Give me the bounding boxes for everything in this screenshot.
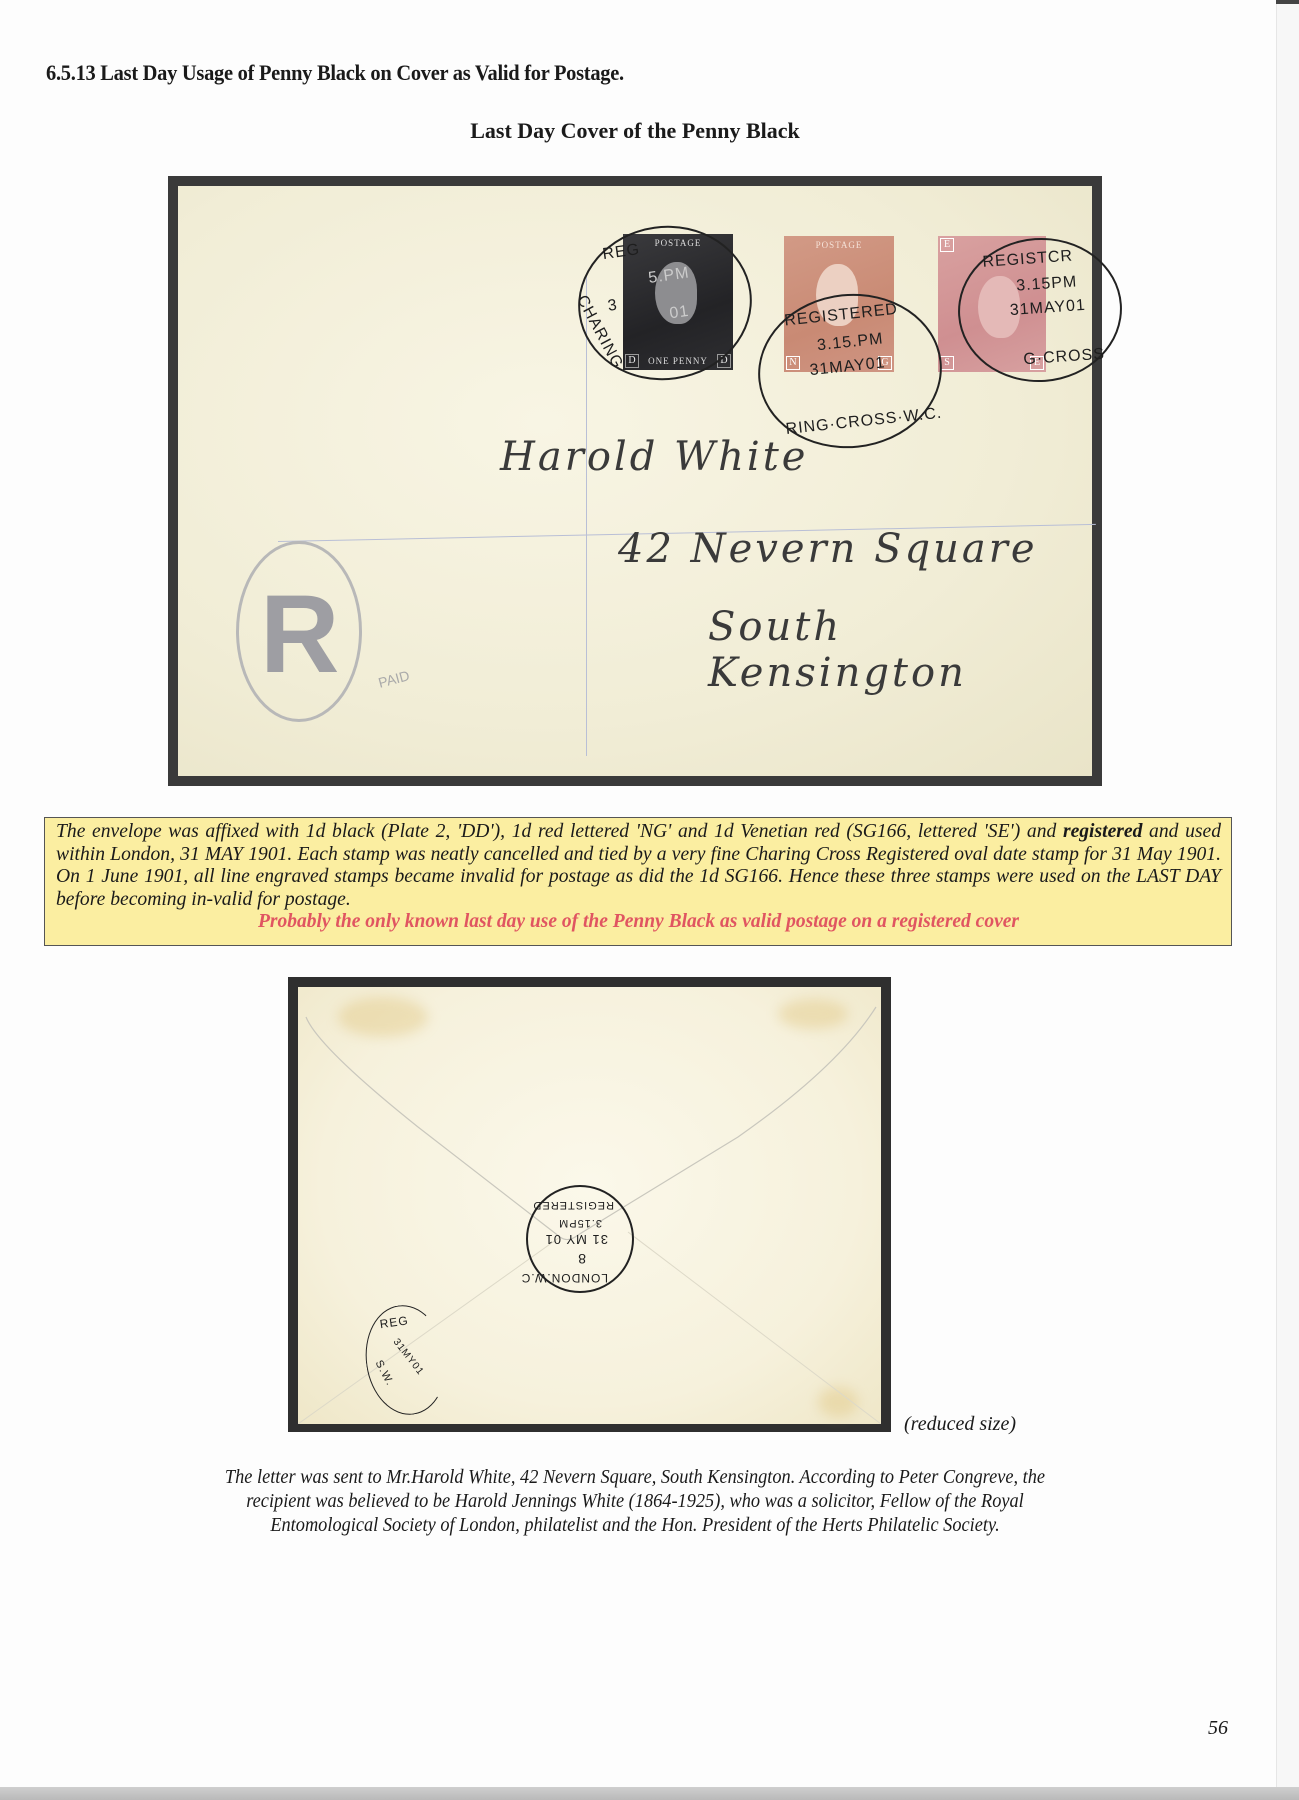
postmark-text: CHARING [572,293,626,373]
backstamp-text: 3.15PM [558,1217,602,1229]
scan-edge-bottom [0,1787,1299,1800]
scan-edge-mark [1276,0,1299,4]
backstamp-text: REGISTERED [532,1199,614,1211]
back-cover-image: LONDON.W.C 8 31 MY 01 3.15PM REGISTERED … [288,977,891,1432]
backstamp-text: REG [379,1313,410,1331]
caption: The letter was sent to Mr.Harold White, … [95,1466,1176,1538]
description-text: The envelope was affixed with 1d black (… [56,821,1221,911]
backstamp-text: LONDON.W.C [521,1271,608,1285]
postmark-charing-cross-2: REGISTERED 3.15.PM 31MAY01 RING·CROSS·W.… [750,285,949,457]
corner-letter: S [940,356,954,370]
backstamp-london-wc: LONDON.W.C 8 31 MY 01 3.15PM REGISTERED [526,1185,634,1293]
description-box: The envelope was affixed with 1d black (… [44,817,1232,946]
backstamp-text: S.W. [373,1358,396,1388]
postmark-text: 31MAY01 [809,354,887,380]
address-line-name: Harold White [500,434,808,480]
postmark-text: REGISTCR [982,248,1074,272]
postmark-text: 31MAY01 [1009,297,1086,320]
caption-line: recipient was believed to be Harold Jenn… [95,1490,1176,1514]
postmark-text: 3 [607,297,619,316]
address-line-street: 42 Nevern Square [618,526,1038,572]
envelope-front: POSTAGE ONE PENNY D D POSTAGE N G E S E … [178,186,1092,776]
postmark-text: 5.PM [647,264,690,288]
paid-mark: PAID [376,667,411,691]
stamp-top-label: POSTAGE [784,240,894,250]
registration-line-vertical [586,276,587,756]
backstamp-text: 31 MY 01 [545,1232,608,1247]
postmark-text: 3.15.PM [816,330,884,355]
postmark-text: 3.15PM [1016,273,1078,295]
backstamp-text: 8 [577,1251,586,1267]
page-number: 56 [1208,1717,1228,1740]
postmark-text: REG [601,241,641,264]
section-heading: 6.5.13 Last Day Usage of Penny Black on … [46,60,624,86]
postmark-text: 01 [668,303,690,324]
description-highlight: Probably the only known last day use of … [56,911,1221,933]
front-cover-image: POSTAGE ONE PENNY D D POSTAGE N G E S E … [168,176,1102,786]
caption-line: The letter was sent to Mr.Harold White, … [95,1466,1176,1490]
registration-r-mark: R [260,571,339,698]
caption-line: Entomological Society of London, philate… [95,1514,1176,1538]
reduced-size-note: (reduced size) [904,1413,1016,1436]
envelope-back: LONDON.W.C 8 31 MY 01 3.15PM REGISTERED … [298,987,881,1424]
corner-letter: E [940,238,954,252]
cover-title: Last Day Cover of the Penny Black [0,118,1270,144]
description-bold-word: registered [1063,821,1142,842]
postmark-text: RING·CROSS·W.C. [785,405,943,439]
postmark-text: G·CROSS [1023,346,1106,370]
backstamp-text: 31MY01 [391,1337,426,1378]
scan-edge-right [1276,0,1299,1790]
description-text-part: The envelope was affixed with 1d black (… [56,821,1063,842]
address-line-district: South Kensington [708,604,1092,696]
